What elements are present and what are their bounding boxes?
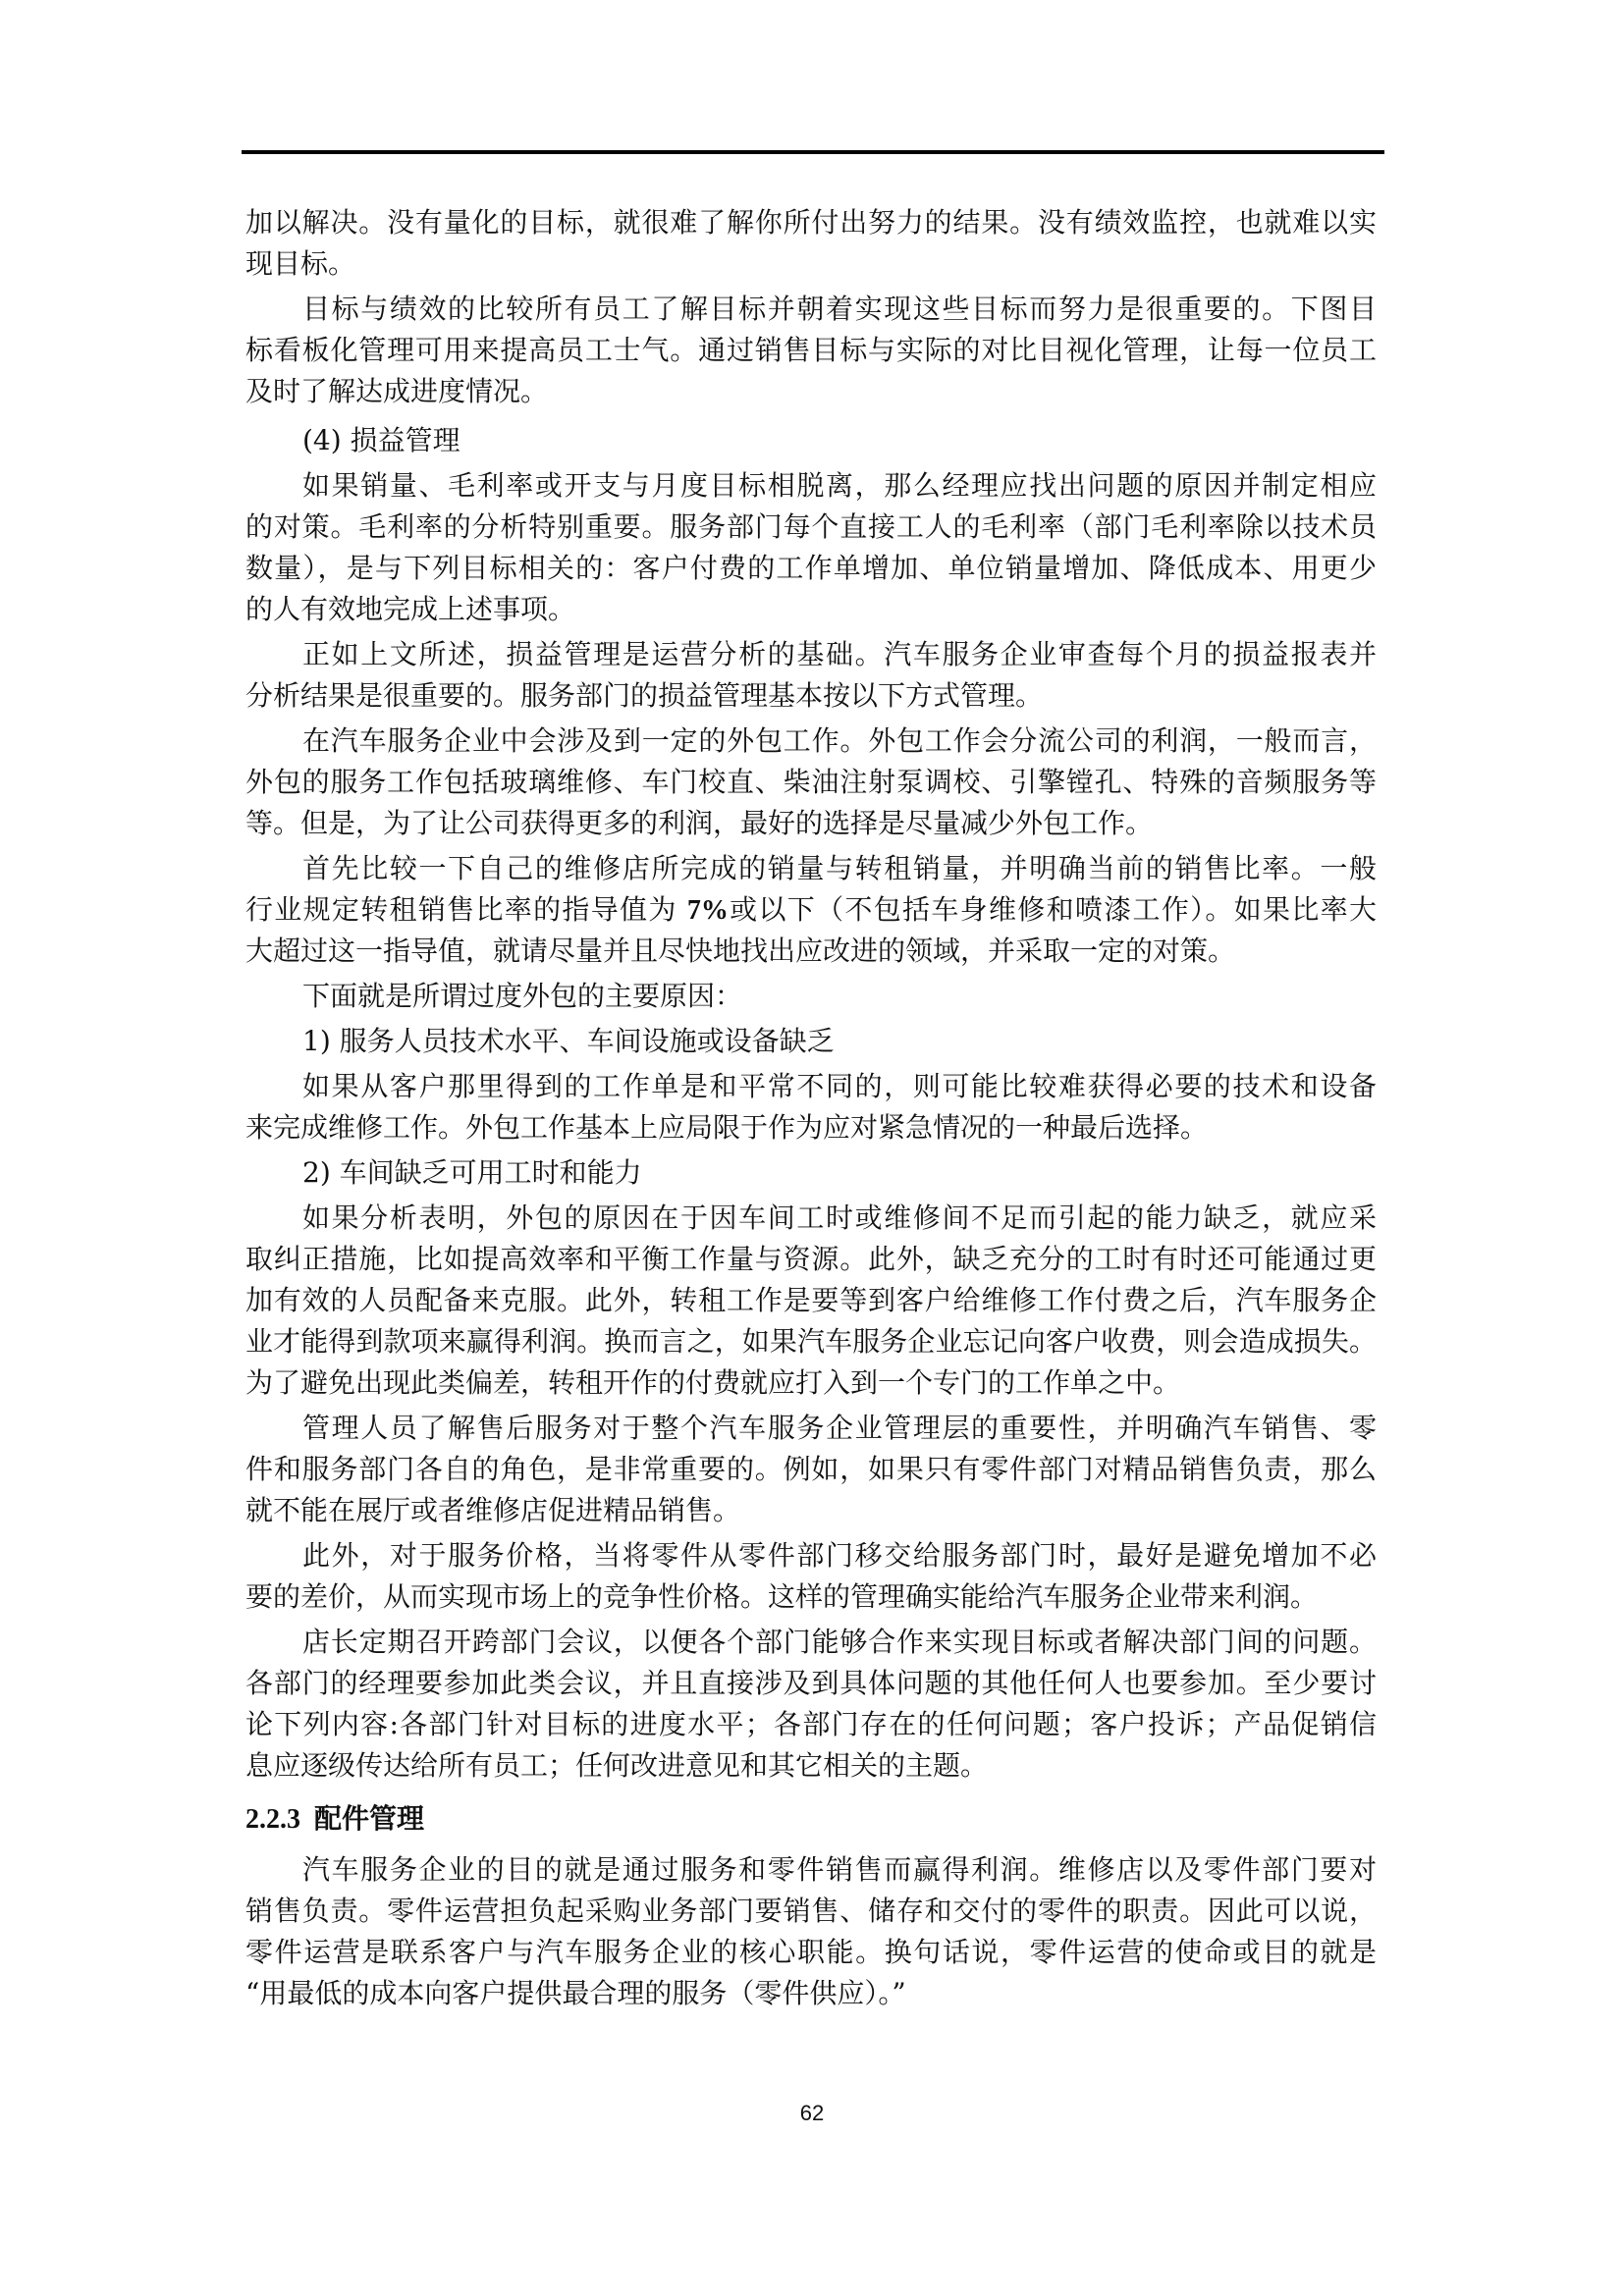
- text-line: 取纠正措施，比如提高效率和平衡工作量与资源。此外，缺乏充分的工时有时还可能通过更: [245, 1239, 1377, 1280]
- paragraph: 如果分析表明，外包的原因在于因车间工时或维修间不足而引起的能力缺乏，就应采 取纠…: [245, 1198, 1377, 1404]
- text-line: 首先比较一下自己的维修店所完成的销量与转租销量，并明确当前的销售比率。一般: [245, 848, 1377, 889]
- header-rule: [242, 150, 1384, 154]
- paragraph: 加以解决。没有量化的目标，就很难了解你所付出努力的结果。没有绩效监控，也就难以实…: [245, 202, 1377, 285]
- guideline-value: 7%: [687, 895, 729, 926]
- paragraph: 目标与绩效的比较所有员工了解目标并朝着实现这些目标而努力是很重要的。下图目 标看…: [245, 289, 1377, 412]
- text-fragment: 或以下（不包括车身维修和喷漆工作）。如果比率大: [729, 893, 1377, 926]
- paragraph: 店长定期召开跨部门会议，以便各个部门能够合作来实现目标或者解决部门间的问题。 各…: [245, 1622, 1377, 1787]
- text-line-with-bold: 行业规定转租销售比率的指导值为 7%或以下（不包括车身维修和喷漆工作）。如果比率…: [245, 889, 1377, 931]
- text-line: 店长定期召开跨部门会议，以便各个部门能够合作来实现目标或者解决部门间的问题。: [245, 1622, 1377, 1663]
- list-item-2: 2) 车间缺乏可用工时和能力: [245, 1152, 1377, 1194]
- text-line: 等。但是，为了让公司获得更多的利润，最好的选择是尽量减少外包工作。: [245, 803, 1377, 844]
- text-line: 的人有效地完成上述事项。: [245, 589, 1377, 630]
- text-line: 下面就是所谓过度外包的主要原因：: [245, 976, 1377, 1017]
- subheading-text: (4) 损益管理: [245, 420, 1377, 461]
- text-line: 就不能在展厅或者维修店促进精品销售。: [245, 1490, 1377, 1531]
- paragraph: 在汽车服务企业中会涉及到一定的外包工作。外包工作会分流公司的利润，一般而言， 外…: [245, 721, 1377, 844]
- text-line: 如果销量、毛利率或开支与月度目标相脱离，那么经理应找出问题的原因并制定相应: [245, 465, 1377, 507]
- text-line: 数量），是与下列目标相关的：客户付费的工作单增加、单位销量增加、降低成本、用更少: [245, 548, 1377, 589]
- subheading-profit-loss: (4) 损益管理: [245, 420, 1377, 461]
- text-line: 如果从客户那里得到的工作单是和平常不同的，则可能比较难获得必要的技术和设备: [245, 1066, 1377, 1107]
- text-line: 大超过这一指导值，就请尽量并且尽快地找出应改进的领域，并采取一定的对策。: [245, 931, 1377, 972]
- text-line: 销售负责。零件运营担负起采购业务部门要销售、储存和交付的零件的职责。因此可以说，: [245, 1891, 1377, 1932]
- paragraph: 汽车服务企业的目的就是通过服务和零件销售而赢得利润。维修店以及零件部门要对 销售…: [245, 1849, 1377, 2014]
- text-line: 来完成维修工作。外包工作基本上应局限于作为应对紧急情况的一种最后选择。: [245, 1107, 1377, 1148]
- text-line: 目标与绩效的比较所有员工了解目标并朝着实现这些目标而努力是很重要的。下图目: [245, 289, 1377, 330]
- text-line: 在汽车服务企业中会涉及到一定的外包工作。外包工作会分流公司的利润，一般而言，: [245, 721, 1377, 762]
- text-fragment: 行业规定转租销售比率的指导值为: [245, 893, 687, 926]
- text-line: 业才能得到款项来赢得利润。换而言之，如果汽车服务企业忘记向客户收费，则会造成损失…: [245, 1321, 1377, 1362]
- text-line: 为了避免出现此类偏差，转租开作的付费就应打入到一个专门的工作单之中。: [245, 1362, 1377, 1404]
- text-line: 加有效的人员配备来克服。此外，转租工作是要等到客户给维修工作付费之后，汽车服务企: [245, 1280, 1377, 1321]
- list-item-text: 1) 服务人员技术水平、车间设施或设备缺乏: [245, 1021, 1377, 1062]
- paragraph: 首先比较一下自己的维修店所完成的销量与转租销量，并明确当前的销售比率。一般 行业…: [245, 848, 1377, 972]
- paragraph: 正如上文所述，损益管理是运营分析的基础。汽车服务企业审查每个月的损益报表并 分析…: [245, 634, 1377, 717]
- page-number: 62: [0, 2101, 1624, 2126]
- paragraph: 管理人员了解售后服务对于整个汽车服务企业管理层的重要性，并明确汽车销售、零 件和…: [245, 1408, 1377, 1531]
- text-line: 标看板化管理可用来提高员工士气。通过销售目标与实际的对比目视化管理，让每一位员工: [245, 330, 1377, 371]
- text-line: 息应逐级传达给所有员工；任何改进意见和其它相关的主题。: [245, 1745, 1377, 1787]
- text-line: 零件运营是联系客户与汽车服务企业的核心职能。换句话说，零件运营的使命或目的就是: [245, 1932, 1377, 1973]
- text-line: 如果分析表明，外包的原因在于因车间工时或维修间不足而引起的能力缺乏，就应采: [245, 1198, 1377, 1239]
- paragraph: 如果从客户那里得到的工作单是和平常不同的，则可能比较难获得必要的技术和设备 来完…: [245, 1066, 1377, 1148]
- text-line: 件和服务部门各自的角色，是非常重要的。例如，如果只有零件部门对精品销售负责，那么: [245, 1449, 1377, 1490]
- list-item-1: 1) 服务人员技术水平、车间设施或设备缺乏: [245, 1021, 1377, 1062]
- text-line: 外包的服务工作包括玻璃维修、车门校直、柴油注射泵调校、引擎镗孔、特殊的音频服务等: [245, 762, 1377, 803]
- paragraph: 此外，对于服务价格，当将零件从零件部门移交给服务部门时，最好是避免增加不必 要的…: [245, 1535, 1377, 1618]
- paragraph: 下面就是所谓过度外包的主要原因：: [245, 976, 1377, 1017]
- text-line: 及时了解达成进度情况。: [245, 371, 1377, 412]
- paragraph: 如果销量、毛利率或开支与月度目标相脱离，那么经理应找出问题的原因并制定相应 的对…: [245, 465, 1377, 630]
- section-title: 配件管理: [314, 1802, 424, 1835]
- text-line: 要的差价，从而实现市场上的竞争性价格。这样的管理确实能给汽车服务企业带来利润。: [245, 1576, 1377, 1618]
- text-line: 分析结果是很重要的。服务部门的损益管理基本按以下方式管理。: [245, 675, 1377, 717]
- text-line: 各部门的经理要参加此类会议，并且直接涉及到具体问题的其他任何人也要参加。至少要讨: [245, 1663, 1377, 1704]
- text-line: “用最低的成本向客户提供最合理的服务（零件供应）。”: [245, 1973, 1377, 2014]
- text-line: 此外，对于服务价格，当将零件从零件部门移交给服务部门时，最好是避免增加不必: [245, 1535, 1377, 1576]
- page-body: 加以解决。没有量化的目标，就很难了解你所付出努力的结果。没有绩效监控，也就难以实…: [245, 202, 1377, 2014]
- text-line: 现目标。: [245, 243, 1377, 285]
- text-line: 汽车服务企业的目的就是通过服务和零件销售而赢得利润。维修店以及零件部门要对: [245, 1849, 1377, 1891]
- text-line: 管理人员了解售后服务对于整个汽车服务企业管理层的重要性，并明确汽车销售、零: [245, 1408, 1377, 1449]
- text-line: 论下列内容:各部门针对目标的进度水平；各部门存在的任何问题；客户投诉；产品促销信: [245, 1704, 1377, 1745]
- list-item-text: 2) 车间缺乏可用工时和能力: [245, 1152, 1377, 1194]
- text-line: 的对策。毛利率的分析特别重要。服务部门每个直接工人的毛利率（部门毛利率除以技术员: [245, 507, 1377, 548]
- text-line: 加以解决。没有量化的目标，就很难了解你所付出努力的结果。没有绩效监控，也就难以实: [245, 202, 1377, 243]
- section-number: 2.2.3: [245, 1804, 300, 1835]
- section-heading: 2.2.3配件管理: [245, 1798, 1377, 1840]
- text-line: 正如上文所述，损益管理是运营分析的基础。汽车服务企业审查每个月的损益报表并: [245, 634, 1377, 675]
